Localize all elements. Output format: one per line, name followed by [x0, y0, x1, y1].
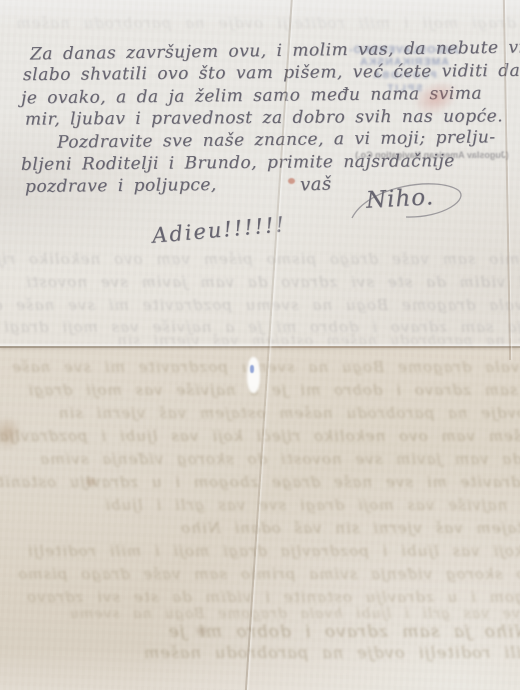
letter-line-6: bljeni Roditelji i Brundo, primite najsr…: [21, 151, 455, 175]
letter-line-1: Za danas završujem ovu, i molim vas, da …: [30, 38, 520, 65]
letter-line-4: mir, ljubav i pravednost za dobro svih n…: [25, 106, 503, 129]
letter-line-5: Pozdravite sve naše znance, a vi moji; p…: [57, 127, 496, 152]
signature: Niho.: [365, 184, 434, 214]
letter-line-7: pozdrave i poljupce,: [25, 175, 217, 197]
valediction: vaš: [300, 173, 332, 195]
letter-page: JUGOSLAVENSKO-AMERIKANSKA PLOVIDBA SPLIT…: [0, 0, 520, 690]
letter-line-2: slabo shvatili ovo što vam pišem, već će…: [23, 61, 520, 85]
horizontal-fold-crease: [0, 346, 520, 348]
postscript-adieu: Adieu!!!!!!: [151, 212, 287, 248]
letter-line-3: je ovako, a da ja želim samo među nama s…: [21, 84, 482, 109]
